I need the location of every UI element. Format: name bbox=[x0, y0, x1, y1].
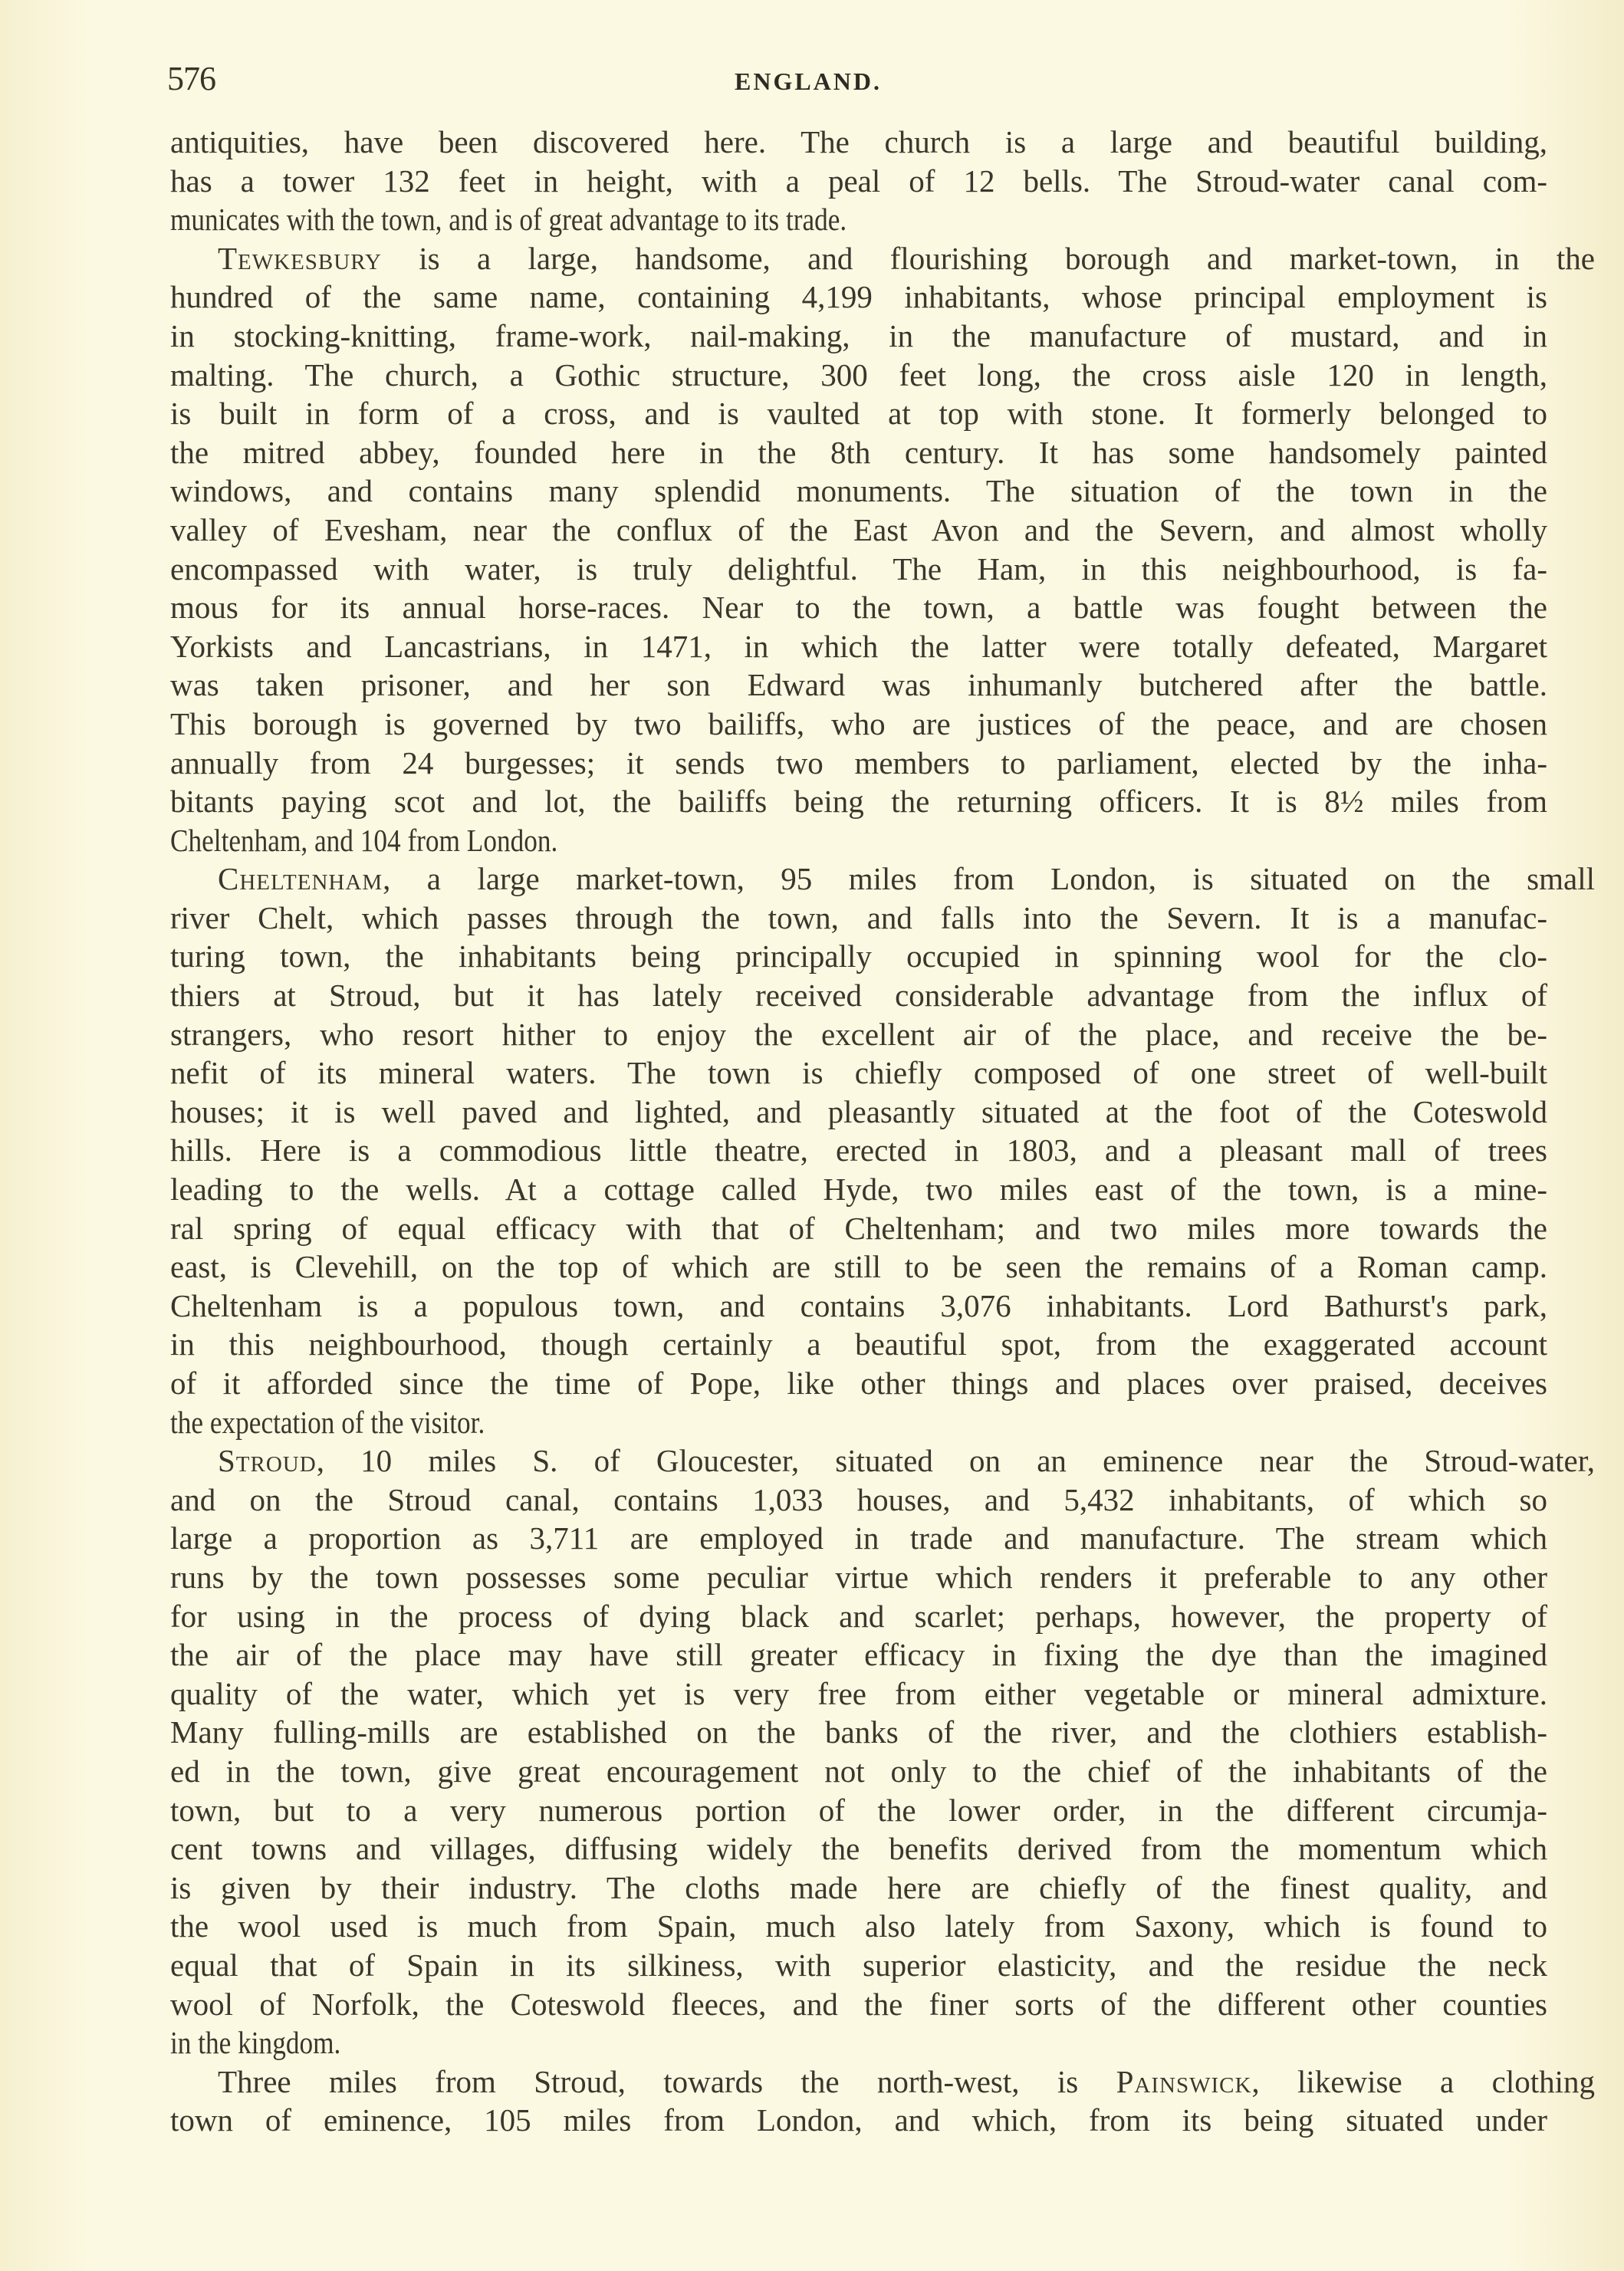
line-text: Cheltenham is a populous town, and conta… bbox=[170, 1288, 1547, 1323]
text-line: Stroud, 10 miles S. of Gloucester, situa… bbox=[170, 1441, 1595, 1481]
text-line: town of eminence, 105 miles from London,… bbox=[170, 2101, 1547, 2140]
line-text: is a large, handsome, and flourishing bo… bbox=[382, 241, 1595, 276]
text-line: mous for its annual horse-races. Near to… bbox=[170, 588, 1547, 627]
line-text: valley of Evesham, near the conflux of t… bbox=[170, 512, 1547, 547]
line-text: runs by the town possesses some peculiar… bbox=[170, 1559, 1547, 1595]
text-line: in stocking-knitting, frame-work, nail-m… bbox=[170, 317, 1547, 356]
text-line: houses; it is well paved and lighted, an… bbox=[170, 1093, 1547, 1132]
text-line: annually from 24 burgesses; it sends two… bbox=[170, 744, 1547, 783]
text-line: Cheltenham, a large market-town, 95 mile… bbox=[170, 859, 1595, 899]
line-text: and on the Stroud canal, contains 1,033 … bbox=[170, 1482, 1547, 1517]
book-page: 576 ENGLAND. antiquities, have been disc… bbox=[0, 0, 1624, 2271]
line-text: , likewise a clothing bbox=[1251, 2064, 1595, 2099]
line-text: the mitred abbey, founded here in the 8t… bbox=[170, 435, 1547, 470]
text-line: ral spring of equal efficacy with that o… bbox=[170, 1209, 1547, 1248]
text-line: the mitred abbey, founded here in the 8t… bbox=[170, 433, 1547, 472]
text-line: hills. Here is a commodious little theat… bbox=[170, 1131, 1547, 1170]
text-line: This borough is governed by two bailiffs… bbox=[170, 705, 1547, 744]
text-line: municates with the town, and is of great… bbox=[170, 200, 1547, 239]
line-text: annually from 24 burgesses; it sends two… bbox=[170, 745, 1547, 781]
line-text: ed in the town, give great encouragement… bbox=[170, 1753, 1547, 1789]
line-text: equal that of Spain in its silkiness, wi… bbox=[170, 1947, 1547, 1983]
text-line: windows, and contains many splendid monu… bbox=[170, 472, 1547, 511]
text-line: and on the Stroud canal, contains 1,033 … bbox=[170, 1481, 1547, 1520]
line-text: This borough is governed by two bailiffs… bbox=[170, 706, 1547, 741]
line-text: antiquities, have been discovered here. … bbox=[170, 124, 1547, 159]
text-line: turing town, the inhabitants being princ… bbox=[170, 937, 1547, 976]
line-text: in stocking-knitting, frame-work, nail-m… bbox=[170, 318, 1547, 353]
line-text: ral spring of equal efficacy with that o… bbox=[170, 1211, 1547, 1246]
line-text: , 10 miles S. of Gloucester, situated on… bbox=[317, 1443, 1595, 1478]
running-title: ENGLAND. bbox=[735, 64, 882, 98]
text-line: bitants paying scot and lot, the bailiff… bbox=[170, 782, 1547, 821]
text-line: Yorkists and Lancastrians, in 1471, in w… bbox=[170, 627, 1547, 666]
text-line: quality of the water, which yet is very … bbox=[170, 1674, 1547, 1714]
text-line: antiquities, have been discovered here. … bbox=[170, 123, 1547, 162]
text-line: runs by the town possesses some peculiar… bbox=[170, 1558, 1547, 1597]
text-line: strangers, who resort hither to enjoy th… bbox=[170, 1015, 1547, 1054]
body-text: antiquities, have been discovered here. … bbox=[170, 123, 1547, 2140]
text-line: the wool used is much from Spain, much a… bbox=[170, 1907, 1547, 1946]
text-line: was taken prisoner, and her son Edward w… bbox=[170, 666, 1547, 705]
line-text: hundred of the same name, containing 4,1… bbox=[170, 279, 1547, 314]
text-line: cent towns and villages, diffusing widel… bbox=[170, 1829, 1547, 1868]
text-line: in the kingdom. bbox=[170, 2023, 1547, 2062]
line-text: nefit of its mineral waters. The town is… bbox=[170, 1055, 1547, 1090]
line-text: cent towns and villages, diffusing widel… bbox=[170, 1831, 1547, 1866]
line-text: the wool used is much from Spain, much a… bbox=[170, 1908, 1547, 1944]
line-text: thiers at Stroud, but it has lately rece… bbox=[170, 978, 1547, 1013]
running-head: 576 ENGLAND. bbox=[167, 60, 1545, 98]
text-line: nefit of its mineral waters. The town is… bbox=[170, 1053, 1547, 1093]
place-name: Stroud bbox=[218, 1443, 317, 1478]
line-text: in the kingdom. bbox=[170, 2025, 340, 2060]
line-text: was taken prisoner, and her son Edward w… bbox=[170, 667, 1547, 702]
text-line: of it afforded since the time of Pope, l… bbox=[170, 1364, 1547, 1403]
text-line: equal that of Spain in its silkiness, wi… bbox=[170, 1946, 1547, 1985]
text-line: ed in the town, give great encouragement… bbox=[170, 1752, 1547, 1791]
line-text: has a tower 132 feet in height, with a p… bbox=[170, 163, 1547, 199]
line-text: mous for its annual horse-races. Near to… bbox=[170, 590, 1547, 625]
text-line: in this neighbourhood, though certainly … bbox=[170, 1325, 1547, 1364]
line-text: Three miles from Stroud, towards the nor… bbox=[218, 2064, 1116, 2099]
text-line: Cheltenham, and 104 from London. bbox=[170, 821, 1547, 860]
line-text: encompassed with water, is truly delight… bbox=[170, 551, 1547, 587]
line-text: town, but to a very numerous portion of … bbox=[170, 1793, 1547, 1828]
line-text: quality of the water, which yet is very … bbox=[170, 1676, 1547, 1711]
line-text: river Chelt, which passes through the to… bbox=[170, 900, 1547, 935]
line-text: is given by their industry. The cloths m… bbox=[170, 1870, 1547, 1905]
line-text: of it afforded since the time of Pope, l… bbox=[170, 1366, 1547, 1401]
line-text: in this neighbourhood, though certainly … bbox=[170, 1326, 1547, 1362]
line-text: Many fulling-mills are established on th… bbox=[170, 1714, 1547, 1750]
text-line: Tewkesbury is a large, handsome, and flo… bbox=[170, 239, 1595, 278]
page-number: 576 bbox=[167, 60, 215, 98]
text-line: river Chelt, which passes through the to… bbox=[170, 899, 1547, 938]
line-text: east, is Clevehill, on the top of which … bbox=[170, 1249, 1547, 1284]
line-text: turing town, the inhabitants being princ… bbox=[170, 938, 1547, 974]
text-line: is given by their industry. The cloths m… bbox=[170, 1868, 1547, 1908]
place-name: Tewkesbury bbox=[218, 241, 382, 276]
line-text: for using in the process of dying black … bbox=[170, 1599, 1547, 1634]
text-line: Cheltenham is a populous town, and conta… bbox=[170, 1287, 1547, 1326]
line-text: the air of the place may have still grea… bbox=[170, 1637, 1547, 1672]
line-text: municates with the town, and is of great… bbox=[170, 202, 847, 237]
text-line: encompassed with water, is truly delight… bbox=[170, 550, 1547, 589]
text-line: leading to the wells. At a cottage calle… bbox=[170, 1170, 1547, 1209]
line-text: Yorkists and Lancastrians, in 1471, in w… bbox=[170, 629, 1547, 664]
place-name: Cheltenham bbox=[218, 861, 383, 896]
text-line: is built in form of a cross, and is vaul… bbox=[170, 394, 1547, 433]
text-line: hundred of the same name, containing 4,1… bbox=[170, 278, 1547, 317]
text-line: malting. The church, a Gothic structure,… bbox=[170, 356, 1547, 395]
text-line: wool of Norfolk, the Coteswold fleeces, … bbox=[170, 1985, 1547, 2024]
line-text: town of eminence, 105 miles from London,… bbox=[170, 2102, 1547, 2138]
line-text: houses; it is well paved and lighted, an… bbox=[170, 1094, 1547, 1129]
line-text: strangers, who resort hither to enjoy th… bbox=[170, 1017, 1547, 1052]
text-line: town, but to a very numerous portion of … bbox=[170, 1791, 1547, 1830]
text-line: the air of the place may have still grea… bbox=[170, 1635, 1547, 1674]
line-text: wool of Norfolk, the Coteswold fleeces, … bbox=[170, 1987, 1547, 2022]
line-text: malting. The church, a Gothic structure,… bbox=[170, 357, 1547, 393]
line-text: hills. Here is a commodious little theat… bbox=[170, 1132, 1547, 1168]
text-line: east, is Clevehill, on the top of which … bbox=[170, 1247, 1547, 1287]
line-text: large a proportion as 3,711 are employed… bbox=[170, 1520, 1547, 1556]
line-text: Cheltenham, and 104 from London. bbox=[170, 823, 557, 858]
text-line: Many fulling-mills are established on th… bbox=[170, 1713, 1547, 1752]
line-text: windows, and contains many splendid monu… bbox=[170, 473, 1547, 508]
line-text: , a large market-town, 95 miles from Lon… bbox=[383, 861, 1595, 896]
text-line: thiers at Stroud, but it has lately rece… bbox=[170, 976, 1547, 1015]
line-text: leading to the wells. At a cottage calle… bbox=[170, 1172, 1547, 1207]
text-line: the expectation of the visitor. bbox=[170, 1403, 1547, 1442]
text-line: has a tower 132 feet in height, with a p… bbox=[170, 162, 1547, 201]
text-line: valley of Evesham, near the conflux of t… bbox=[170, 511, 1547, 550]
text-line: Three miles from Stroud, towards the nor… bbox=[170, 2062, 1595, 2102]
line-text: the expectation of the visitor. bbox=[170, 1405, 485, 1440]
place-name: Painswick bbox=[1116, 2064, 1252, 2099]
line-text: is built in form of a cross, and is vaul… bbox=[170, 396, 1547, 431]
text-line: large a proportion as 3,711 are employed… bbox=[170, 1519, 1547, 1558]
text-line: for using in the process of dying black … bbox=[170, 1597, 1547, 1636]
line-text: bitants paying scot and lot, the bailiff… bbox=[170, 784, 1547, 819]
